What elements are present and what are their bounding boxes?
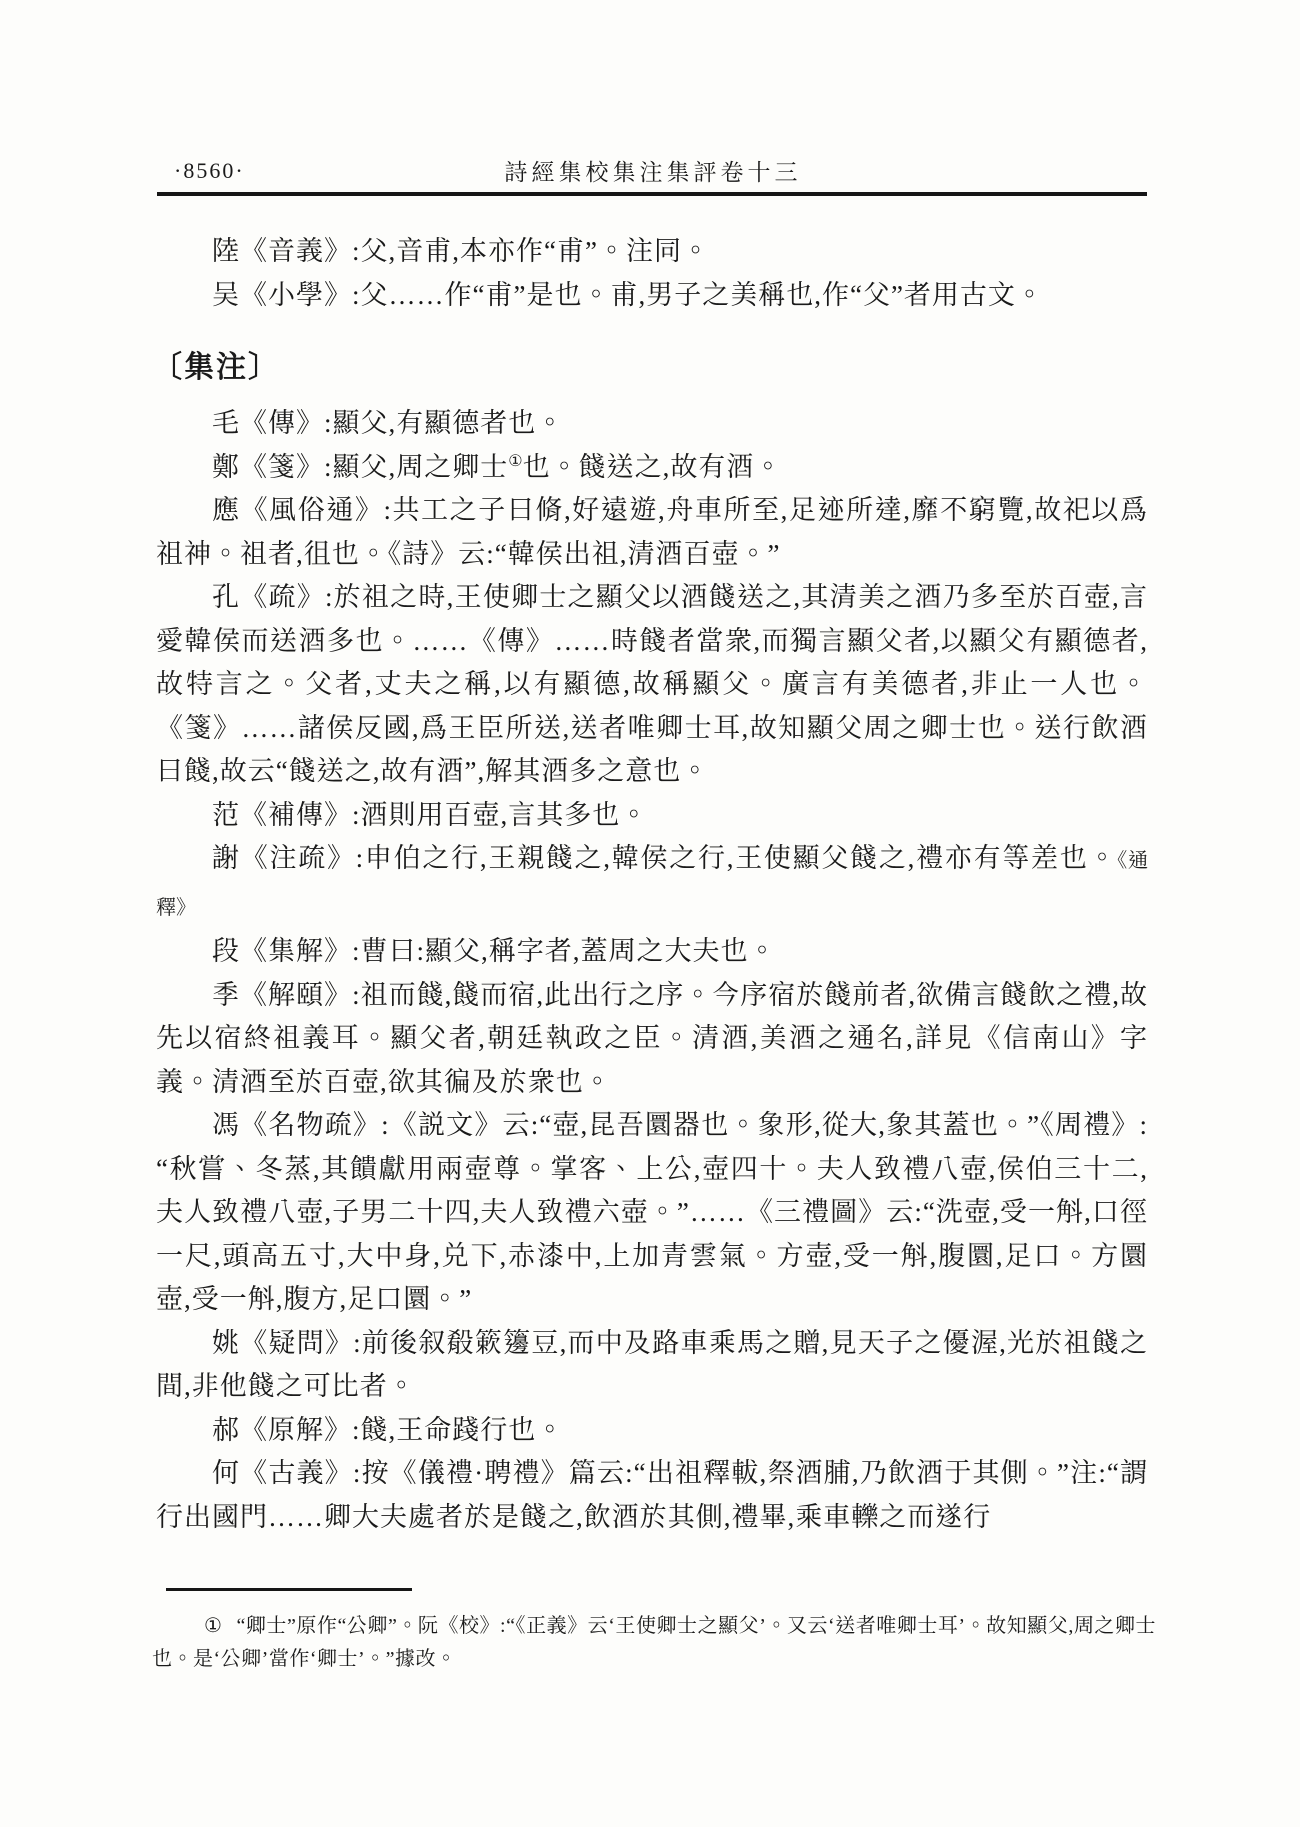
note-text: 也。餞送之,故有酒。 xyxy=(523,452,783,482)
commentary-paragraph: 段《集解》:曹曰:顯父,稱字者,蓋周之大夫也。 xyxy=(156,930,1148,974)
footnote-ref: ① xyxy=(508,453,522,470)
commentary-paragraph: 孔《疏》:於祖之時,王使卿士之顯父以酒餞送之,其清美之酒乃多至於百壺,言愛韓侯而… xyxy=(156,576,1148,794)
section-header: 〔集注〕 xyxy=(152,348,1148,388)
phonetic-note-paragraph: 吴《小學》:父……作“甫”是也。甫,男子之美稱也,作“父”者用古文。 xyxy=(156,274,1148,318)
running-title: 詩經集校集注集評卷十三 xyxy=(158,154,1148,187)
commentary-paragraph: 郝《原解》:餞,王命踐行也。 xyxy=(156,1409,1148,1453)
page-body: 陸《音義》:父,音甫,本亦作“甫”。注同。 吴《小學》:父……作“甫”是也。甫,… xyxy=(156,230,1148,1539)
commentary-paragraph: 何《古義》:按《儀禮·聘禮》篇云:“出祖釋軷,祭酒脯,乃飲酒于其側。”注:“謂行… xyxy=(156,1452,1148,1539)
footnote-text: “卿士”原作“公卿”。阮《校》:“《正義》云‘王使卿士之顯父’。又云‘送者唯卿士… xyxy=(152,1615,1156,1670)
commentary-paragraph: 范《補傳》:酒則用百壺,言其多也。 xyxy=(156,794,1148,838)
commentary-paragraph: 鄭《箋》:顯父,周之卿士①也。餞送之,故有酒。 xyxy=(156,446,1148,490)
note-text: 鄭《箋》:顯父,周之卿士 xyxy=(212,452,508,482)
commentary-paragraph: 應《風俗通》:共工之子曰脩,好遠遊,舟車所至,足迹所達,靡不窮覽,故祀以爲祖神。… xyxy=(156,489,1148,576)
page-header: ·8560· 詩經集校集注集評卷十三 xyxy=(158,152,1148,186)
commentary-paragraph: 姚《疑問》:前後叙殽簌籩豆,而中及路車乘馬之贈,見天子之優渥,光於祖餞之間,非他… xyxy=(156,1322,1148,1409)
commentary-paragraph: 季《解頤》:祖而餞,餞而宿,此出行之序。今序宿於餞前者,欲備言餞飲之禮,故先以宿… xyxy=(156,974,1148,1105)
note-text: 謝《注疏》:申伯之行,王親餞之,韓侯之行,王使顯父餞之,禮亦有等差也。 xyxy=(212,843,1117,873)
commentary-paragraph: 毛《傳》:顯父,有顯德者也。 xyxy=(156,402,1148,446)
footnote: ①“卿士”原作“公卿”。阮《校》:“《正義》云‘王使卿士之顯父’。又云‘送者唯卿… xyxy=(152,1610,1156,1676)
commentary-paragraph: 謝《注疏》:申伯之行,王親餞之,韓侯之行,王使顯父餞之,禮亦有等差也。《通釋》 xyxy=(156,837,1148,930)
footnote-rule xyxy=(166,1588,412,1591)
scanned-book-page: ·8560· 詩經集校集注集評卷十三 陸《音義》:父,音甫,本亦作“甫”。注同。… xyxy=(0,0,1300,1827)
commentary-paragraph: 馮《名物疏》:《説文》云:“壺,昆吾圜器也。象形,從大,象其蓋也。”《周禮》:“… xyxy=(156,1104,1148,1322)
footnote-marker: ① xyxy=(204,1615,222,1637)
phonetic-note-paragraph: 陸《音義》:父,音甫,本亦作“甫”。注同。 xyxy=(156,230,1148,274)
header-rule xyxy=(157,192,1147,196)
